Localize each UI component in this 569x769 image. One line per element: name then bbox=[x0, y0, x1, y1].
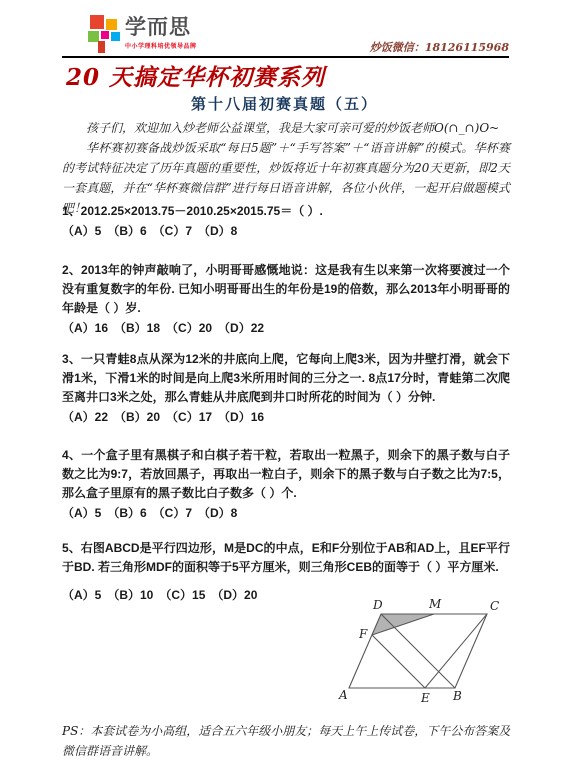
mosaic-square-pink bbox=[101, 31, 109, 39]
brand-name: 学而思 bbox=[125, 15, 197, 39]
brand-tagline: 中小学理科培优领导品牌 bbox=[125, 41, 197, 50]
question-3-options: （A）22 （B）20 （C）17 （D）16 bbox=[62, 408, 510, 427]
question-4-options: （A）5 （B）6 （C）7 （D）8 bbox=[62, 504, 510, 523]
label-A: A bbox=[338, 688, 348, 702]
worksheet-page: 学而思 中小学理科培优领导品牌 炒饭微信：18126115968 20 天搞定华… bbox=[0, 0, 569, 769]
question-1: 1、2012.25×2013.75－2010.25×2015.75＝（ ）. （… bbox=[62, 202, 510, 241]
question-2-options: （A）16 （B）18 （C）20 （D）22 bbox=[62, 319, 510, 338]
series-title: 20 天搞定华杯初赛系列 bbox=[66, 59, 325, 92]
logo-mosaic-icon bbox=[88, 15, 122, 57]
mosaic-square-orange bbox=[106, 19, 117, 30]
brand-logo: 学而思 中小学理科培优领导品牌 bbox=[88, 15, 197, 57]
label-D: D bbox=[372, 598, 383, 612]
doc-title: 第十八届初赛真题（五） bbox=[0, 93, 569, 114]
ps-note: PS：本套试卷为小高组，适合五六年级小朋友；每天上午上传试卷，下午公布答案及微信… bbox=[62, 721, 512, 761]
question-4: 4、一个盒子里有黑棋子和白棋子若干粒，若取出一粒黑子，则余下的黑子数与白子数之比… bbox=[62, 446, 510, 523]
question-2-text: 2、2013年的钟声敲响了，小明哥哥感慨地说：这是我有生以来第一次将要渡过一个没… bbox=[62, 261, 510, 318]
mosaic-square-darkred bbox=[98, 41, 105, 53]
header-divider bbox=[62, 56, 509, 58]
label-M: M bbox=[428, 597, 442, 611]
label-C: C bbox=[490, 599, 499, 613]
contact-wechat: 炒饭微信：18126115968 bbox=[370, 39, 509, 55]
segment-FE bbox=[372, 635, 425, 688]
question-1-options: （A）5 （B）6 （C）7 （D）8 bbox=[62, 222, 510, 241]
question-5-text: 5、右图ABCD是平行四边形，M是DC的中点，E和F分别位于AB和AD上，且EF… bbox=[62, 539, 510, 577]
segment-DB bbox=[381, 614, 455, 688]
question-3-text: 3、一只青蛙8点从深为12米的井底向上爬，它每向上爬3米，因为井壁打滑，就会下滑… bbox=[62, 350, 510, 407]
mosaic-square-red bbox=[90, 15, 104, 29]
segment-CE bbox=[425, 614, 487, 688]
question-3: 3、一只青蛙8点从深为12米的井底向上爬，它每向上爬3米，因为井壁打滑，就会下滑… bbox=[62, 350, 510, 427]
label-E: E bbox=[420, 691, 430, 704]
question-4-text: 4、一个盒子里有黑棋子和白棋子若干粒，若取出一粒黑子，则余下的黑子数与白子数之比… bbox=[62, 446, 510, 503]
mosaic-square-blue bbox=[111, 32, 120, 41]
parallelogram-figure: D M C F A E B bbox=[337, 596, 509, 704]
label-F: F bbox=[358, 627, 368, 641]
question-2: 2、2013年的钟声敲响了，小明哥哥感慨地说：这是我有生以来第一次将要渡过一个没… bbox=[62, 261, 510, 338]
intro-paragraph-1: 孩子们，欢迎加入炒老师公益课堂，我是大家可亲可爱的炒饭老师O(∩_∩)O~ bbox=[62, 118, 510, 138]
label-B: B bbox=[452, 689, 462, 703]
question-1-text: 1、2012.25×2013.75－2010.25×2015.75＝（ ）. bbox=[62, 202, 510, 221]
